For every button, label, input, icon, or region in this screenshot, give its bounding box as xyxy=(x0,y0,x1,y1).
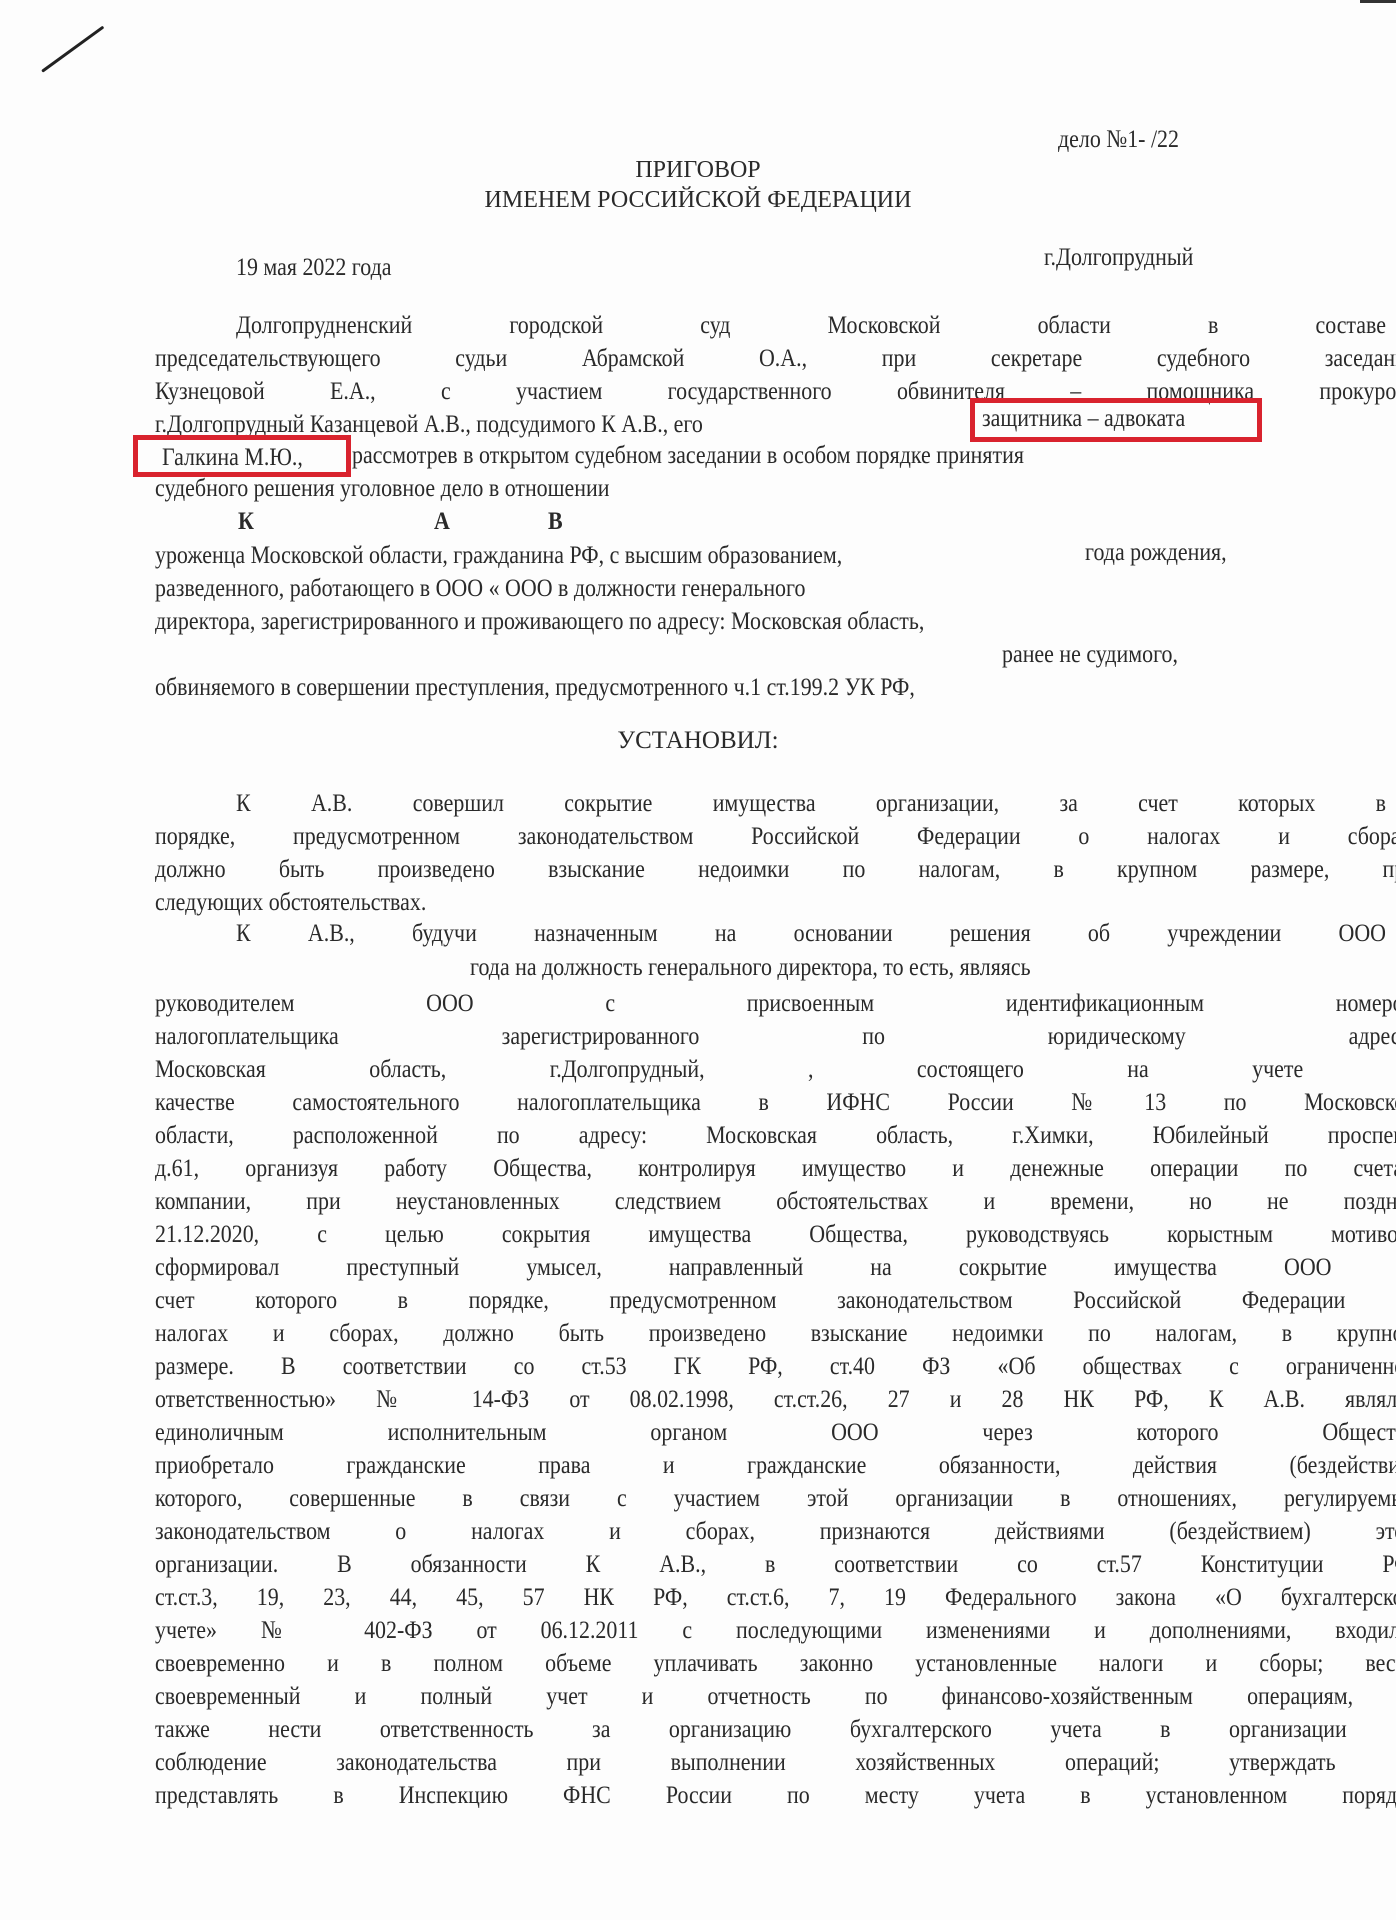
body-line: 21.12.2020, с целью сокрытия имущества О… xyxy=(155,1219,1396,1249)
defendant-initial: К xyxy=(238,506,254,536)
body-line: К А.В., будучи назначенным на основании … xyxy=(236,918,1386,948)
body-line: налогоплательщика зарегистрированного по… xyxy=(155,1021,1396,1051)
body-line: ответственностью» № 14-ФЗ от 08.02.1998,… xyxy=(155,1384,1396,1414)
document-title: ПРИГОВОР xyxy=(0,155,1396,185)
scanned-document-page: дело №1- /22 ПРИГОВОР ИМЕНЕМ РОССИЙСКОЙ … xyxy=(0,0,1396,1920)
highlight-box-defender xyxy=(970,398,1262,442)
body-line: должно быть произведено взыскание недоим… xyxy=(155,854,1396,884)
highlight-box-lawyer xyxy=(133,435,351,477)
body-line: порядке, предусмотренном законодательств… xyxy=(155,821,1396,851)
intro-line: Долгопрудненский городской суд Московско… xyxy=(236,310,1386,340)
body-line: налогах и сборах, должно быть произведен… xyxy=(155,1318,1396,1348)
body-line: соблюдение законодательства при выполнен… xyxy=(155,1747,1396,1777)
defendant-line: года рождения, xyxy=(1085,537,1227,567)
body-line: которого, совершенные в связи с участием… xyxy=(155,1483,1396,1513)
document-date: 19 мая 2022 года xyxy=(236,252,391,282)
body-line: д.61, организуя работу Общества, контрол… xyxy=(155,1153,1396,1183)
body-line: Московская область, г.Долгопрудный, , со… xyxy=(155,1054,1396,1084)
body-line: руководителем ООО с присвоенным идентифи… xyxy=(155,988,1396,1018)
body-line: представлять в Инспекцию ФНС России по м… xyxy=(155,1780,1396,1810)
defendant-line: обвиняемого в совершении преступления, п… xyxy=(155,672,915,702)
body-line: качестве самостоятельного налогоплательщ… xyxy=(155,1087,1396,1117)
body-line: К А.В. совершил сокрытие имущества орган… xyxy=(236,788,1386,818)
intro-line: рассмотрев в открытом судебном заседании… xyxy=(352,440,1024,470)
intro-line: председательствующего судьи Абрамской О.… xyxy=(155,343,1396,373)
body-line: счет которого в порядке, предусмотренном… xyxy=(155,1285,1396,1315)
body-line: области, расположенной по адресу: Москов… xyxy=(155,1120,1396,1150)
defendant-line: ранее не судимого, xyxy=(1002,639,1178,669)
body-line: учете» № 402-ФЗ от 06.12.2011 с последую… xyxy=(155,1615,1396,1645)
document-city: г.Долгопрудный xyxy=(1044,242,1193,272)
document-subtitle: ИМЕНЕМ РОССИЙСКОЙ ФЕДЕРАЦИИ xyxy=(0,185,1396,215)
body-line: своевременный и полный учет и отчетность… xyxy=(155,1681,1396,1711)
body-line: также нести ответственность за организац… xyxy=(155,1714,1396,1744)
pen-stroke-mark xyxy=(41,26,104,73)
body-line: размере. В соответствии со ст.53 ГК РФ, … xyxy=(155,1351,1396,1381)
body-line: следующих обстоятельствах. xyxy=(155,887,426,917)
body-line: года на должность генерального директора… xyxy=(470,952,1031,982)
intro-line: судебного решения уголовное дело в отнош… xyxy=(155,473,609,503)
case-number: дело №1- /22 xyxy=(1058,124,1179,154)
defendant-line: уроженца Московской области, гражданина … xyxy=(155,540,842,570)
body-line: ст.ст.3, 19, 23, 44, 45, 57 НК РФ, ст.ст… xyxy=(155,1582,1396,1612)
section-heading: УСТАНОВИЛ: xyxy=(0,726,1396,756)
defendant-line: директора, зарегистрированного и прожива… xyxy=(155,606,924,636)
body-line: сформировал преступный умысел, направлен… xyxy=(155,1252,1396,1282)
body-line: законодательством о налогах и сборах, пр… xyxy=(155,1516,1396,1546)
body-line: приобретало гражданские права и гражданс… xyxy=(155,1450,1396,1480)
defendant-initial: В xyxy=(548,506,563,536)
body-line: единоличным исполнительным органом ООО ч… xyxy=(155,1417,1396,1447)
body-line: компании, при неустановленных следствием… xyxy=(155,1186,1396,1216)
body-line: организации. В обязанности К А.В., в соо… xyxy=(155,1549,1396,1579)
defendant-line: разведенного, работающего в ООО « ООО в … xyxy=(155,573,805,603)
body-line: своевременно и в полном объеме уплачиват… xyxy=(155,1648,1396,1678)
scan-edge-mark xyxy=(1360,0,1396,3)
defendant-initial: А xyxy=(434,506,450,536)
